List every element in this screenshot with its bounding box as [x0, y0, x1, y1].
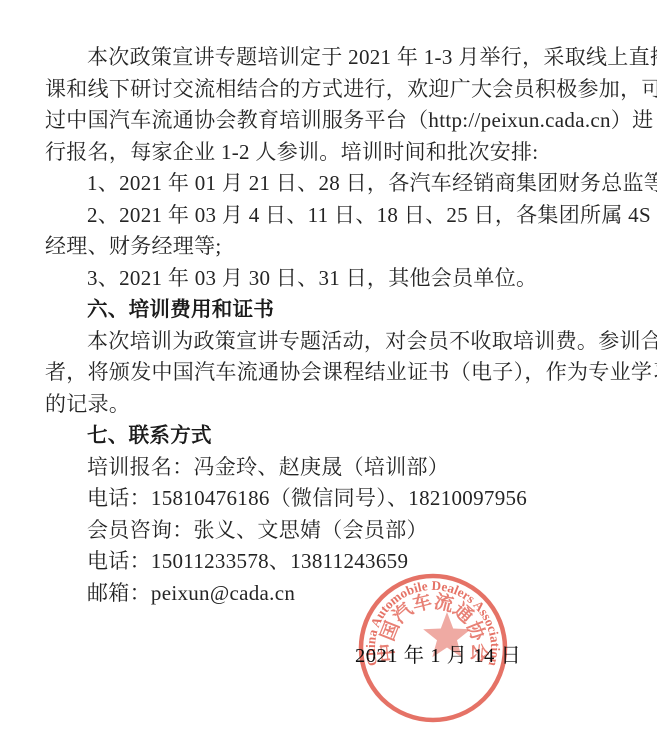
text-line: 2、2021 年 03 月 4 日、11 日、18 日、25 日，各集团所属 4… — [45, 200, 645, 232]
text-line: 课和线下研讨交流相结合的方式进行，欢迎广大会员积极参加，可通 — [45, 74, 645, 106]
document-body: 本次政策宣讲专题培训定于 2021 年 1-3 月举行，采取线上直播授课和线下研… — [45, 42, 645, 609]
text-line: 培训报名：冯金玲、赵庚晟（培训部） — [45, 452, 645, 484]
text-line: 经理、财务经理等; — [45, 231, 645, 263]
text-line: 行报名，每家企业 1-2 人参训。培训时间和批次安排: — [45, 137, 645, 169]
text-line: 本次政策宣讲专题培训定于 2021 年 1-3 月举行，采取线上直播授 — [45, 42, 645, 74]
document-page: 本次政策宣讲专题培训定于 2021 年 1-3 月举行，采取线上直播授课和线下研… — [0, 0, 657, 750]
text-line: 会员咨询：张义、文思婧（会员部） — [45, 515, 645, 547]
text-line: 本次培训为政策宣讲专题活动，对会员不收取培训费。参训合格 — [45, 326, 645, 358]
text-line: 电话：15011233578、13811243659 — [45, 546, 645, 578]
section-heading: 七、联系方式 — [45, 420, 645, 452]
text-line: 3、2021 年 03 月 30 日、31 日，其他会员单位。 — [45, 263, 645, 295]
text-line: 者，将颁发中国汽车流通协会课程结业证书（电子），作为专业学习 — [45, 357, 645, 389]
text-line: 的记录。 — [45, 389, 645, 421]
text-line: 邮箱：peixun@cada.cn — [45, 578, 645, 610]
section-heading: 六、培训费用和证书 — [45, 294, 645, 326]
text-line: 过中国汽车流通协会教育培训服务平台（http://peixun.cada.cn）… — [45, 105, 645, 137]
issue-date: 2021 年 1 月 14 日 — [355, 643, 521, 669]
text-line: 1、2021 年 01 月 21 日、28 日，各汽车经销商集团财务总监等; — [45, 168, 645, 200]
text-line: 电话：15810476186（微信同号）、18210097956 — [45, 483, 645, 515]
